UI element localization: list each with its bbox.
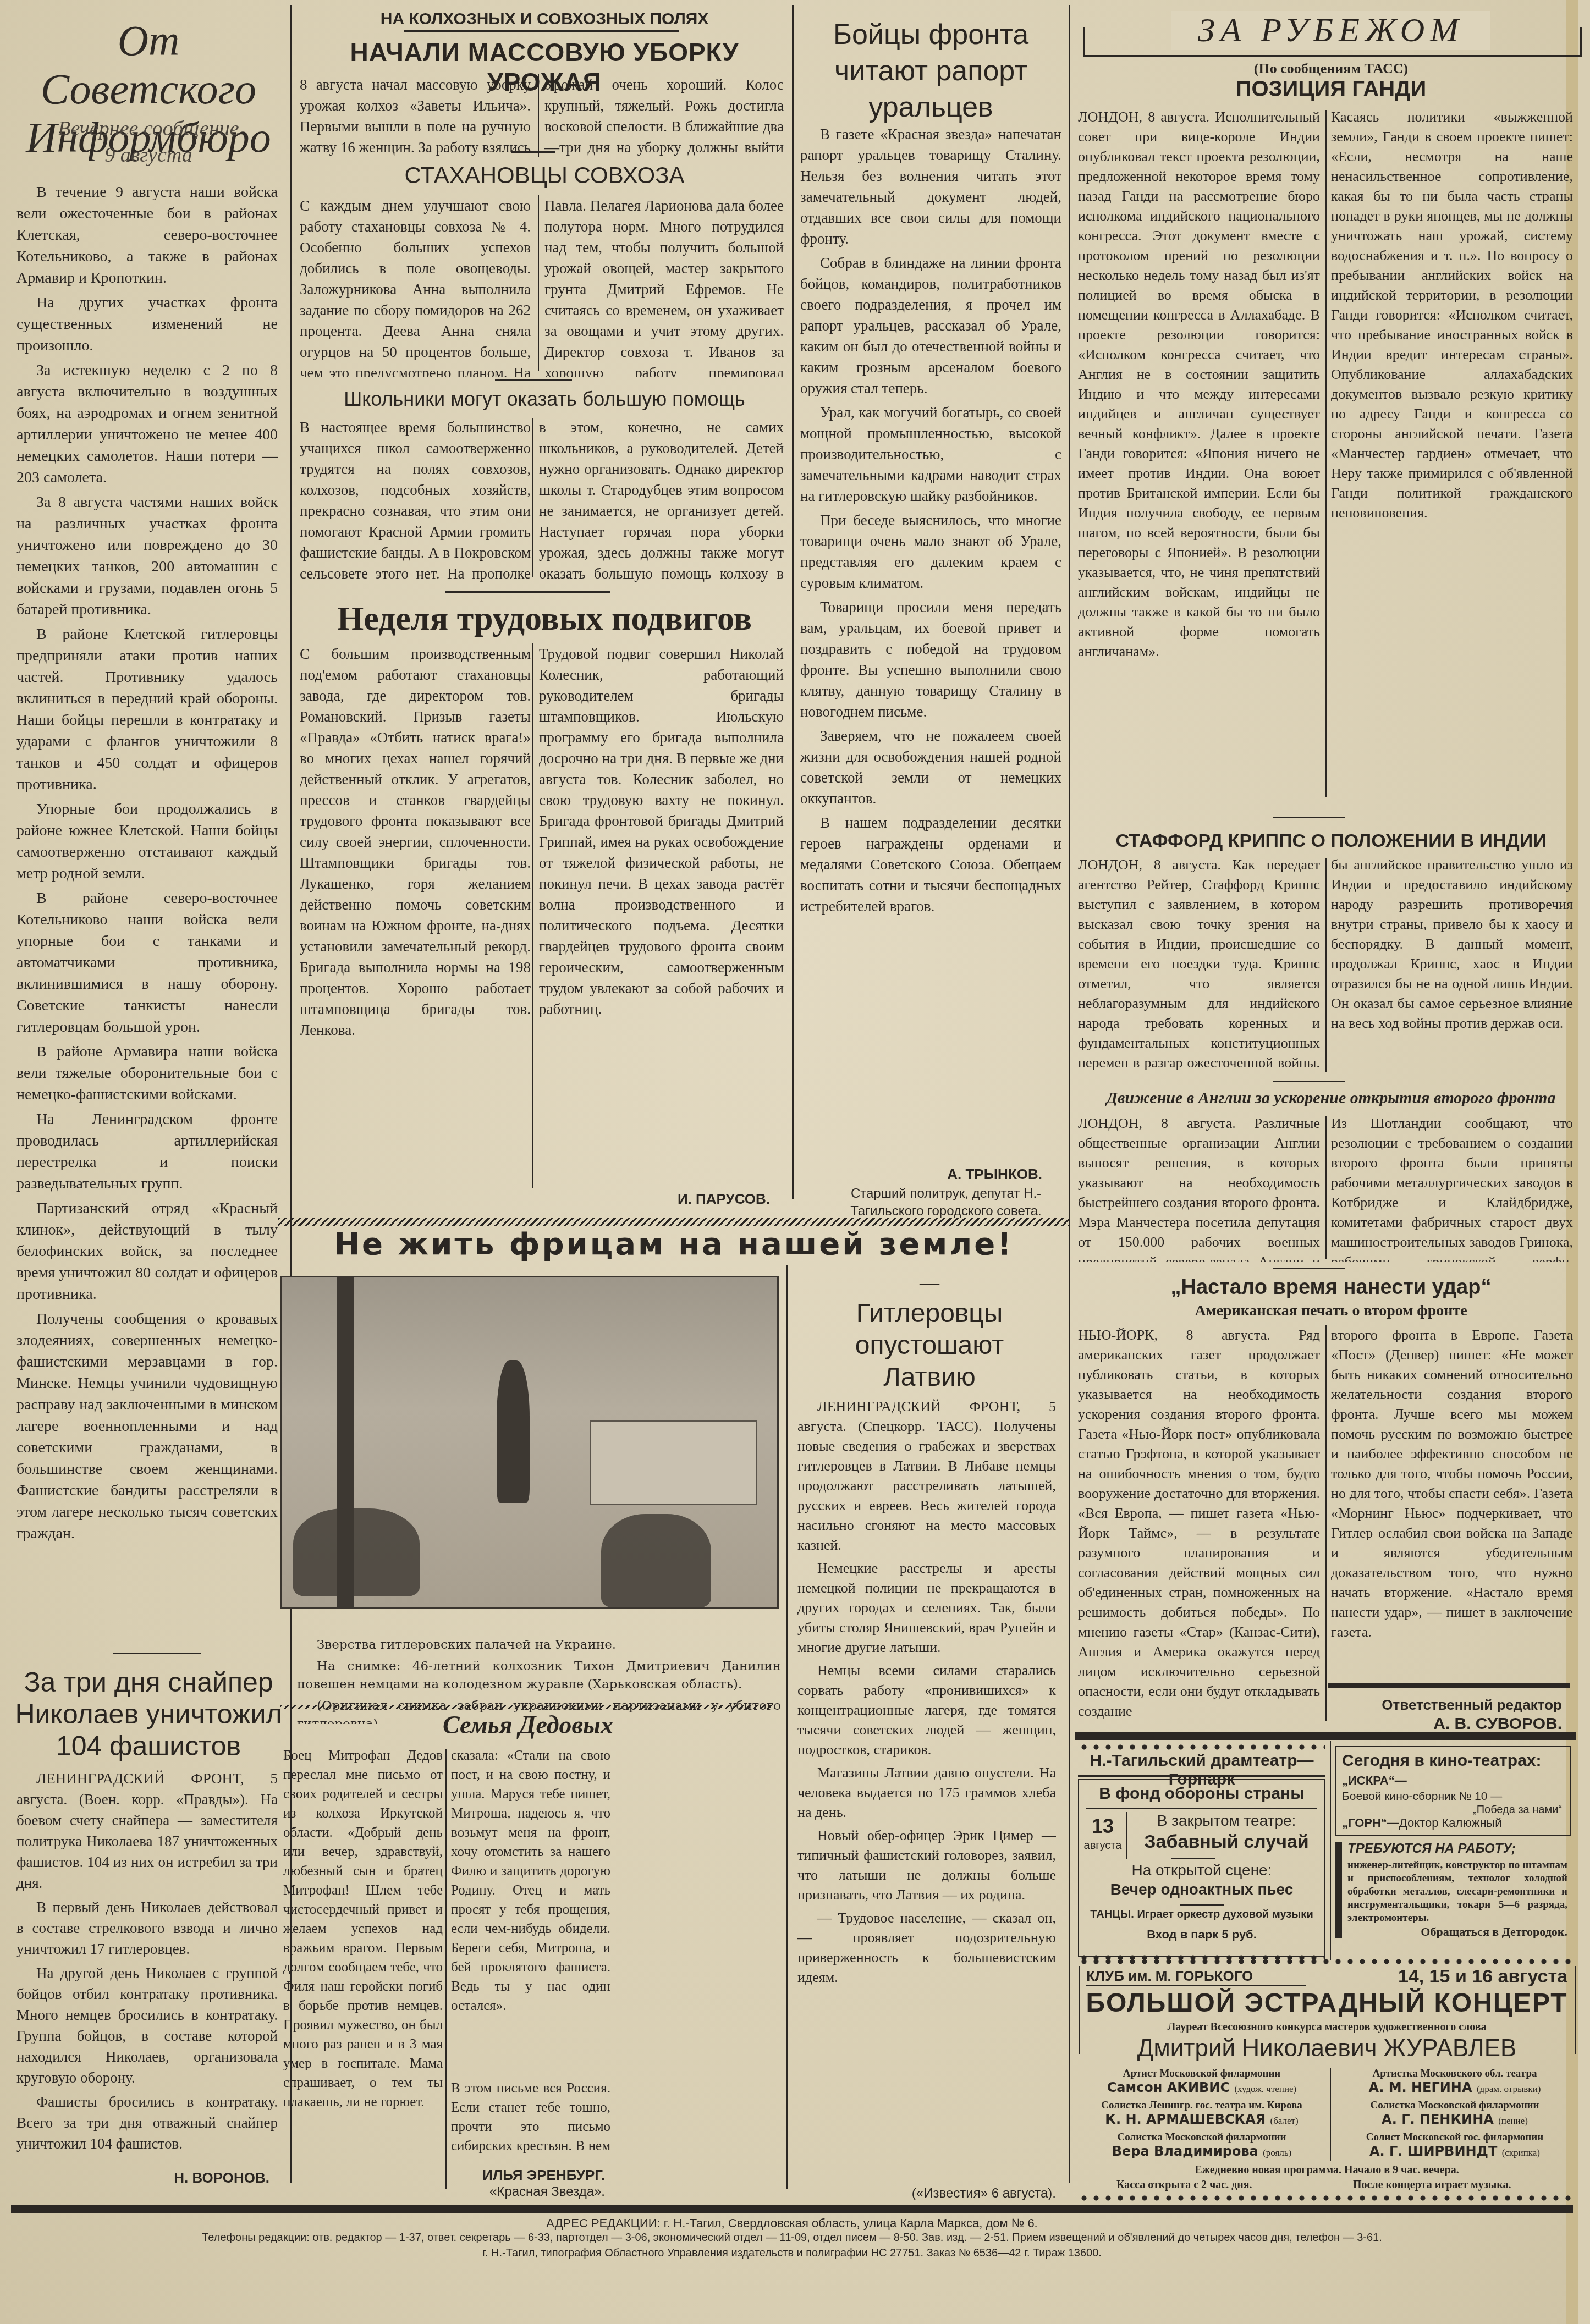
urals-paragraph: Урал, как могучий богатырь, со своей мощ… xyxy=(800,402,1061,506)
cripps-col-2: бы английское правительство ушло из Инди… xyxy=(1331,855,1573,1075)
performer-name: А. М. НЕГИНА (драм. отрывки) xyxy=(1334,2080,1576,2095)
performer-name: Вера Владимирова (рояль) xyxy=(1081,2144,1323,2159)
performer-role: Солистка Ленингр. гос. театра им. Кирова xyxy=(1081,2100,1323,2112)
jobs-contact: Обращаться в Детгородок. xyxy=(1347,1925,1567,1939)
editor-name: А. В. СУВОРОВ. xyxy=(1331,1715,1562,1733)
performer-role: Солистка Московской филармонии xyxy=(1081,2132,1323,2144)
sovinform-subtitle: Вечернее сообщение 9 августа xyxy=(16,115,280,168)
sovinform-paragraph: В районе Клетской гитлеровцы предприняли… xyxy=(16,624,278,795)
cinema-title: Сегодня в кино-театрах: xyxy=(1342,1752,1567,1770)
performer-role: Артистка Московского обл. театра xyxy=(1334,2068,1576,2080)
separator-ornament xyxy=(445,591,610,593)
strike-subheadline: Американская печать о втором фронте xyxy=(1078,1302,1584,1320)
sovkhoz-col-2: Павла. Пелагея Ларионова дала более полу… xyxy=(544,195,784,377)
gandhi-headline: ПОЗИЦИЯ ГАНДИ xyxy=(1078,77,1584,102)
concert-after: После концерта играет музыка. xyxy=(1353,2179,1562,2191)
fields-col-1: 8 августа начал массовую уборку урожая к… xyxy=(300,74,531,162)
column-divider xyxy=(1325,1325,1327,1721)
latvia-headline-line: Латвию xyxy=(797,1362,1061,1394)
sniper-paragraph: На другой день Николаев с группой бойцов… xyxy=(16,1963,278,2088)
photo-crowd xyxy=(601,1514,711,1607)
latvia-paragraph: — Трудовое население, — сказал он, — про… xyxy=(797,1908,1056,1987)
abroad-rubric: ЗА РУБЕЖОМ xyxy=(1171,11,1490,50)
performer-role: Солистка Московской филармонии xyxy=(1334,2100,1576,2112)
theater-entry: Вход в парк 5 руб. xyxy=(1081,1928,1323,1942)
sniper-body: ЛЕНИНГРАДСКИЙ ФРОНТ, 5 августа. (Воен. к… xyxy=(16,1768,278,2175)
column-divider xyxy=(792,5,794,1199)
sniper-paragraph: Фашисты бросились в контратаку. Всего за… xyxy=(16,2091,278,2154)
theater-open-label: На открытой сцене: xyxy=(1081,1862,1323,1879)
urals-paragraph: Товарищи просили меня передать вам, урал… xyxy=(800,597,1061,722)
footer-phones: Телефоны редакции: отв. редактор — 1-37,… xyxy=(11,2232,1573,2244)
sniper-headline-line: 104 фашистов xyxy=(11,1730,286,1762)
rule xyxy=(1078,1775,1325,1777)
performer-name: К. Н. АРМАШЕВСКАЯ (балет) xyxy=(1081,2112,1323,2127)
urals-author: А. ТРЫНКОВ. xyxy=(800,1166,1042,1183)
atrocity-photo xyxy=(280,1276,779,1609)
latvia-headline: Гитлеровцы опустошают Латвию xyxy=(797,1298,1061,1394)
latvia-body: ЛЕНИНГРАДСКИЙ ФРОНТ, 5 августа. (Спецкор… xyxy=(797,1397,1056,2161)
strike-col-2: второго фронта в Европе. Газета «Пост» (… xyxy=(1331,1325,1573,1677)
urals-paragraph: В газете «Красная звезда» напечатан рапо… xyxy=(800,124,1061,249)
column-divider xyxy=(1325,858,1327,1072)
rule xyxy=(1180,1904,1224,1906)
concert-box-office: Касса открыта с 2 час. дня. xyxy=(1116,2179,1309,2191)
urals-headline-line: читают рапорт xyxy=(800,53,1061,89)
sovinform-paragraph: На других участках фронта существенных и… xyxy=(16,292,278,356)
urals-body: В газете «Красная звезда» напечатан рапо… xyxy=(800,124,1061,1130)
footer-rule xyxy=(11,2205,1573,2213)
concert-club: КЛУБ им. М. ГОРЬКОГО xyxy=(1086,1968,1306,1986)
theater-month: августа xyxy=(1081,1840,1125,1852)
performer-name: А. Г. ПЕНКИНА (пение) xyxy=(1334,2112,1576,2127)
column-divider xyxy=(532,418,533,577)
ads-top-rule xyxy=(1075,1732,1576,1740)
sniper-headline-line: За три дня снайпер xyxy=(11,1666,286,1698)
sovinform-body: В течение 9 августа наши войска вели оже… xyxy=(16,181,278,1633)
footer-address: АДРЕС РЕДАКЦИИ: г. Н.-Тагил, Свердловска… xyxy=(11,2216,1573,2231)
urals-paragraph: Заверяем, что не пожалеем своей жизни дл… xyxy=(800,725,1061,809)
banner-headline: Не жить фрицам на нашей земле! xyxy=(280,1226,1067,1262)
labor-week-col-1: С большим производственным под'емом рабо… xyxy=(300,643,531,1188)
sniper-paragraph: ЛЕНИНГРАДСКИЙ ФРОНТ, 5 августа. (Воен. к… xyxy=(16,1768,278,1893)
theater-closed-show: Забавный случай xyxy=(1130,1831,1323,1853)
performer-role: Артист Московской филармонии xyxy=(1081,2068,1323,2080)
sovinform-paragraph: За 8 августа частями наших войск на разл… xyxy=(16,492,278,620)
strike-headline: „Настало время нанести удар“ xyxy=(1078,1276,1584,1299)
ornament-rule xyxy=(1078,1959,1573,1964)
theater-open-show: Вечер одноактных пьес xyxy=(1081,1881,1323,1898)
labor-week-author: И. ПАРУСОВ. xyxy=(539,1191,770,1208)
separator-thick xyxy=(1328,1683,1570,1688)
concert-star: Дмитрий Николаевич ЖУРАВЛЕВ xyxy=(1081,2035,1573,2062)
fields-col-2: Урожай очень хороший. Колос крупный, тяж… xyxy=(544,74,784,162)
concert-laureate: Лауреат Всесоюзного конкурса мастеров ху… xyxy=(1081,2021,1573,2034)
sovinform-paragraph: В районе северо-восточнее Котельниково н… xyxy=(16,888,278,1038)
newspaper-page: От Советского Информбюро Вечернее сообще… xyxy=(0,0,1578,2324)
wavy-rule xyxy=(278,1218,1070,1226)
jobs-bar xyxy=(1335,1842,1342,1938)
column-divider xyxy=(1325,1116,1327,1259)
cinema-venue-2: „ГОРН“— xyxy=(1342,1816,1399,1830)
labor-week-col-2: Трудовой подвиг совершил Николай Колесни… xyxy=(539,643,784,1160)
urals-headline-line: уральцев xyxy=(800,89,1061,125)
dedov-headline: Семья Дедовых xyxy=(280,1710,775,1739)
footer-printing: г. Н.-Тагил, типография Областного Управ… xyxy=(11,2247,1573,2260)
sovkhoz-headline: СТАХАНОВЦЫ СОВХОЗА xyxy=(297,162,792,189)
gandhi-col-1: ЛОНДОН, 8 августа. Исполнительный совет … xyxy=(1078,107,1320,800)
rule xyxy=(1086,1808,1317,1809)
separator xyxy=(113,1653,201,1654)
dedov-source: «Красная Звезда». xyxy=(451,2184,605,2200)
england-col-2: Из Шотландии сообщают, что резолюции с т… xyxy=(1331,1114,1573,1262)
concert-dates: 14, 15 и 16 августа xyxy=(1320,1966,1567,1987)
urals-paragraph: В нашем подразделении десятки героев наг… xyxy=(800,812,1061,917)
separator xyxy=(511,151,555,153)
cinema-film-1: Боевой кино-сборник № 10 — xyxy=(1342,1790,1567,1803)
labor-week-headline: Неделя трудовых подвигов xyxy=(297,599,792,638)
ornament-rule xyxy=(1078,1744,1325,1750)
sovinform-paragraph: В течение 9 августа наши войска вели оже… xyxy=(16,181,278,289)
jobs-text: инженер-литейщик, конструктор по штампам… xyxy=(1347,1859,1567,1925)
sovinform-date: 9 августа xyxy=(16,142,280,168)
rule xyxy=(1171,1858,1215,1859)
sovinform-paragraph: Упорные бои продолжались в районе южнее … xyxy=(16,798,278,884)
sovinform-paragraph: Получены сообщения о кровавых злодеяниях… xyxy=(16,1308,278,1544)
theater-day: 13 xyxy=(1083,1815,1122,1838)
cripps-col-1: ЛОНДОН, 8 августа. Как передает агентств… xyxy=(1078,855,1320,1075)
photo-crowd xyxy=(293,1508,420,1596)
sniper-headline: За три дня снайпер Николаев уничтожил 10… xyxy=(11,1666,286,1762)
separator xyxy=(495,379,572,381)
latvia-paragraph: Немцы всеми силами старались сорвать раб… xyxy=(797,1661,1056,1760)
latvia-paragraph: Магазины Латвии давно опустели. На челов… xyxy=(797,1763,1056,1822)
sovinform-paragraph: На Ленинградском фронте проводилась арти… xyxy=(16,1109,278,1194)
column-divider xyxy=(1126,1812,1127,1859)
column-divider xyxy=(1330,1741,1331,1960)
separator xyxy=(1273,1081,1345,1082)
column-divider xyxy=(786,1265,788,2189)
column-divider xyxy=(532,643,533,1188)
sovinform-subtitle-text: Вечернее сообщение xyxy=(16,115,280,142)
separator xyxy=(1273,1268,1345,1269)
sovinform-paragraph: Партизанский отряд «Красный клинок», дей… xyxy=(16,1198,278,1305)
cinema-venue-1: „ИСКРА“— xyxy=(1342,1774,1567,1788)
abroad-note: (По сообщениям ТАСС) xyxy=(1078,60,1584,77)
performer-name: Самсон АКИВИС (худож. чтение) xyxy=(1081,2080,1323,2095)
column-divider xyxy=(538,74,539,157)
sovinform-paragraph: За истекшую неделю с 2 по 8 августа вклю… xyxy=(16,360,278,488)
strike-col-1: НЬЮ-ЙОРК, 8 августа. Ряд американских га… xyxy=(1078,1325,1320,1727)
dedov-author: ИЛЬЯ ЭРЕНБУРГ. xyxy=(451,2167,605,2184)
england-col-1: ЛОНДОН, 8 августа. Различные общественны… xyxy=(1078,1114,1320,1262)
latvia-paragraph: Немецкие расстрелы и аресты немецкой пол… xyxy=(797,1558,1056,1657)
column-divider xyxy=(1330,2068,1331,2161)
photo-hanged-figure xyxy=(497,1360,530,1503)
gandhi-col-2: Касаясь политики «выжженной земли», Ганд… xyxy=(1331,107,1573,800)
urals-headline-line: Бойцы фронта xyxy=(800,16,1061,53)
schoolkids-col-1: В настоящее время большинство учащихся ш… xyxy=(300,417,531,582)
separator xyxy=(1273,817,1345,818)
performer-role: Солист Московской гос. филармонии xyxy=(1334,2132,1576,2144)
cripps-headline: СТАФФОРД КРИППС О ПОЛОЖЕНИИ В ИНДИИ xyxy=(1078,830,1584,852)
schoolkids-col-2: в этом, конечно, не самих школьников, а … xyxy=(539,417,784,582)
urals-headline: Бойцы фронта читают рапорт уральцев xyxy=(800,16,1061,125)
sniper-paragraph: В первый день Николаев действовал в сост… xyxy=(16,1897,278,1959)
england-headline: Движение в Англии за ускорение открытия … xyxy=(1078,1089,1584,1108)
theater-closed-label: В закрытом театре: xyxy=(1130,1812,1323,1830)
sovinform-title-line: От Советского xyxy=(16,16,280,113)
theater-fund: В фонд обороны страны xyxy=(1081,1785,1323,1803)
photo-house xyxy=(590,1420,757,1505)
cinema-film-2: „ГОРН“—Доктор Калюжный xyxy=(1342,1816,1567,1830)
sniper-author: Н. ВОРОНОВ. xyxy=(16,2169,269,2187)
ornament-rule xyxy=(1078,2195,1573,2201)
column-divider xyxy=(1069,5,1070,2183)
concert-title: БОЛЬШОЙ ЭСТРАДНЫЙ КОНЦЕРТ xyxy=(1081,1988,1573,2018)
theater-dance: ТАНЦЫ. Играет оркестр духовой музыки xyxy=(1081,1908,1323,1921)
urals-paragraph: При беседе выяснилось, что многие товари… xyxy=(800,510,1061,593)
latvia-source: («Известия» 6 августа). xyxy=(797,2186,1056,2201)
schoolkids-headline: Школьники могут оказать большую помощь xyxy=(297,388,792,411)
rubric-underline xyxy=(404,30,679,32)
dedov-col-2b: В этом письме вся Россия. Если станет те… xyxy=(451,2079,610,2161)
latvia-dash: — xyxy=(797,1270,1061,1296)
fields-rubric: НА КОЛХОЗНЫХ И СОВХОЗНЫХ ПОЛЯХ xyxy=(297,10,792,29)
dedov-col-1: Боец Митрофан Дедов переслал мне письмо … xyxy=(283,1746,443,2191)
latvia-headline-line: Гитлеровцы xyxy=(797,1298,1061,1330)
column-divider xyxy=(1325,110,1327,797)
urals-author-title: Старший политрук, депутат Н.-Тагильского… xyxy=(830,1185,1061,1220)
cinema-film-1b: „Победа за нами“ xyxy=(1342,1804,1562,1816)
cinema-film-2-title: Доктор Калюжный xyxy=(1399,1816,1502,1830)
editor-label: Ответственный редактор xyxy=(1331,1697,1562,1714)
column-divider xyxy=(538,195,539,371)
latvia-paragraph: ЛЕНИНГРАДСКИЙ ФРОНТ, 5 августа. (Спецкор… xyxy=(797,1397,1056,1555)
latvia-headline-line: опустошают xyxy=(797,1330,1061,1362)
column-divider xyxy=(445,1749,447,2189)
latvia-paragraph: Новый обер-офицер Эрик Цимер — типичный … xyxy=(797,1826,1056,1905)
jobs-title: ТРЕБУЮТСЯ НА РАБОТУ; xyxy=(1347,1841,1567,1857)
performer-name: А. Г. ШИРВИНДТ (скрипка) xyxy=(1334,2144,1576,2159)
urals-paragraph: Собрав в блиндаже на линии фронта бойцов… xyxy=(800,252,1061,399)
concert-program: Ежедневно новая программа. Начало в 9 ча… xyxy=(1081,2164,1573,2177)
sniper-headline-line: Николаев уничтожил xyxy=(11,1698,286,1730)
caption-text: На снимке: 46-летний колхозник Тихон Дми… xyxy=(297,1657,781,1694)
wavy-rule xyxy=(280,1705,775,1709)
sovkhoz-col-1: С каждым днем улучшают свою работу стаха… xyxy=(300,195,531,377)
caption-title: Зверства гитлеровских палачей на Украине… xyxy=(297,1636,781,1654)
sovinform-paragraph: В районе Армавира наши войска вели тяжел… xyxy=(16,1041,278,1105)
dedov-col-2: сказала: «Стали на свою пост, и на свою … xyxy=(451,1746,610,2076)
